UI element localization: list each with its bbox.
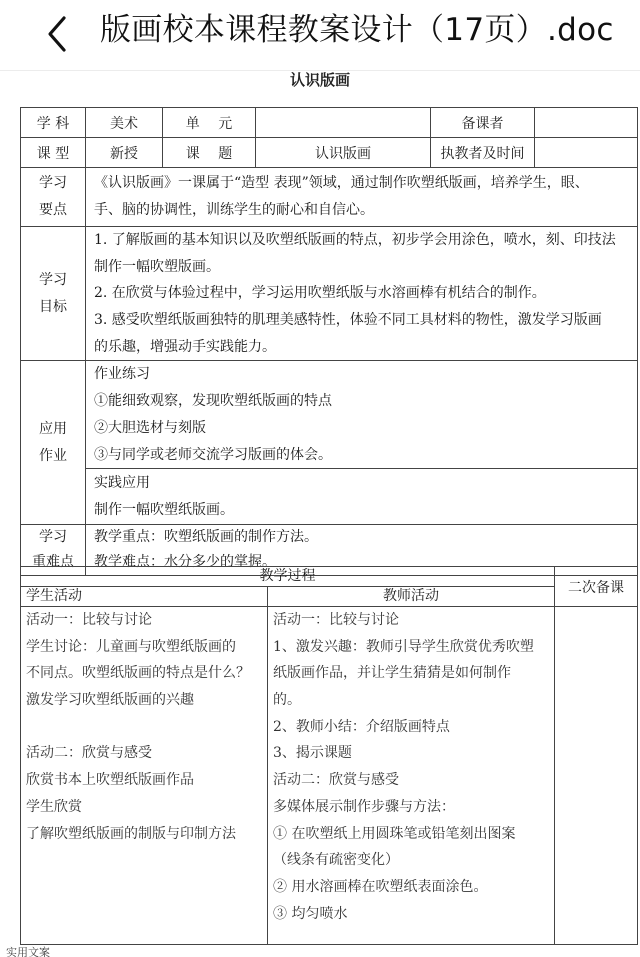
subject-label: 学 科 <box>21 108 86 138</box>
teacher-activities: 活动一：比较与讨论 1、激发兴趣：教师引导学生欣赏优秀吹塑 纸版画作品，并让学生… <box>268 607 555 945</box>
objectives-label: 学习 目标 <box>21 227 86 361</box>
text-line: 制作一幅吹塑版画。 <box>94 254 637 281</box>
info-row-objectives: 学习 目标 1. 了解版画的基本知识以及吹塑纸版画的特点，初步学会用涂色，喷水，… <box>21 227 638 361</box>
homework-label: 应用 作业 <box>21 361 86 525</box>
unit-value <box>256 108 431 138</box>
preparer-label: 备课者 <box>431 108 535 138</box>
label-line: 目标 <box>21 294 85 321</box>
text-line: 纸版画作品，并让学生猜猜是如何制作 <box>273 660 554 687</box>
text-line: ③与同学或老师交流学习版画的体会。 <box>94 442 637 469</box>
info-row-homework-practice: 实践应用 制作一幅吹塑纸版画。 <box>21 469 638 525</box>
text-line: ②大胆选材与刻版 <box>94 415 637 442</box>
text-line: 《认识版画》一课属于“造型 表现”领域，通过制作吹塑纸版画，培养学生，眼、 <box>94 170 637 197</box>
label-line: 学习 <box>21 267 85 294</box>
topic-value: 认识版画 <box>256 138 431 168</box>
label-line: 作业 <box>21 443 85 470</box>
student-activities: 活动一：比较与讨论 学生讨论：儿童画与吹塑纸版画的 不同点。吹塑纸版画的特点是什… <box>21 607 268 945</box>
revision-header: 二次备课 <box>555 567 638 607</box>
topic-label: 课 题 <box>163 138 256 168</box>
key-points-label: 学习 要点 <box>21 168 86 227</box>
text-line: 学生欣赏 <box>26 794 267 821</box>
process-title: 教学过程 <box>21 567 555 587</box>
homework-practice-content: 实践应用 制作一幅吹塑纸版画。 <box>86 469 638 525</box>
process-title-row: 教学过程 二次备课 <box>21 567 638 587</box>
label-line: 学习 <box>21 170 85 197</box>
unit-label: 单 元 <box>163 108 256 138</box>
text-line: 教学重点：吹塑纸版画的制作方法。 <box>94 525 637 550</box>
label-line: 学习 <box>21 525 85 550</box>
info-row-homework-exercise: 应用 作业 作业练习 ①能细致观察，发现吹塑纸版画的特点 ②大胆选材与刻版 ③与… <box>21 361 638 469</box>
text-line: 1. 了解版画的基本知识以及吹塑纸版画的特点，初步学会用涂色，喷水，刻、印技法 <box>94 227 637 254</box>
text-line: 手、脑的协调性，训练学生的耐心和自信心。 <box>94 197 637 224</box>
process-header-row: 学生活动 教师活动 <box>21 587 638 607</box>
teacher-time-value <box>535 138 638 168</box>
text-line: 的。 <box>273 687 554 714</box>
text-line: 实践应用 <box>94 470 637 497</box>
page-footer: 实用文案 <box>6 944 50 957</box>
text-line: 3. 感受吹塑纸版画独特的肌理美感特性，体验不同工具材料的物性，激发学习版画 <box>94 307 637 334</box>
text-line: 作业练习 <box>94 361 637 388</box>
text-line: 学生讨论：儿童画与吹塑纸版画的 <box>26 634 267 661</box>
info-row-type: 课 型 新授 课 题 认识版画 执教者及时间 <box>21 138 638 168</box>
text-line: 激发学习吹塑纸版画的兴趣 <box>26 687 267 714</box>
text-line: 活动二：欣赏与感受 <box>273 767 554 794</box>
top-app-bar: 版画校本课程教案设计（17页）.doc <box>0 0 640 71</box>
homework-exercise-content: 作业练习 ①能细致观察，发现吹塑纸版画的特点 ②大胆选材与刻版 ③与同学或老师交… <box>86 361 638 469</box>
info-row-subject: 学 科 美术 单 元 备课者 <box>21 108 638 138</box>
key-points-content: 《认识版画》一课属于“造型 表现”领域，通过制作吹塑纸版画，培养学生，眼、 手、… <box>86 168 638 227</box>
type-label: 课 型 <box>21 138 86 168</box>
objectives-content: 1. 了解版画的基本知识以及吹塑纸版画的特点，初步学会用涂色，喷水，刻、印技法 … <box>86 227 638 361</box>
text-line: 活动一：比较与讨论 <box>273 607 554 634</box>
text-line: （线条有疏密变化） <box>273 847 554 874</box>
label-line: 应用 <box>21 416 85 443</box>
teacher-time-label: 执教者及时间 <box>431 138 535 168</box>
text-line: 活动一：比较与讨论 <box>26 607 267 634</box>
text-line: ①能细致观察，发现吹塑纸版画的特点 <box>94 388 637 415</box>
text-line: ① 在吹塑纸上用圆珠笔或铅笔刻出图案 <box>273 821 554 848</box>
text-line: 制作一幅吹塑纸版画。 <box>94 497 637 524</box>
label-line: 要点 <box>21 197 85 224</box>
document-heading: 认识版画 <box>0 69 640 90</box>
preparer-value <box>535 108 638 138</box>
process-content-row: 活动一：比较与讨论 学生讨论：儿童画与吹塑纸版画的 不同点。吹塑纸版画的特点是什… <box>21 607 638 945</box>
text-line: 2. 在欣赏与体验过程中，学习运用吹塑纸版与水溶画棒有机结合的制作。 <box>94 280 637 307</box>
text-line: 1、激发兴趣：教师引导学生欣赏优秀吹塑 <box>273 634 554 661</box>
student-activity-header: 学生活动 <box>21 587 268 607</box>
teaching-process-table: 教学过程 二次备课 学生活动 教师活动 活动一：比较与讨论 学生讨论：儿童画与吹… <box>20 566 638 945</box>
text-line: 了解吹塑纸版画的制版与印制方法 <box>26 821 267 848</box>
text-line: ③ 均匀喷水 <box>273 901 554 928</box>
info-row-key-points: 学习 要点 《认识版画》一课属于“造型 表现”领域，通过制作吹塑纸版画，培养学生… <box>21 168 638 227</box>
type-value: 新授 <box>86 138 163 168</box>
text-line: 欣赏书本上吹塑纸版画作品 <box>26 767 267 794</box>
text-line <box>26 714 267 741</box>
revision-notes <box>555 607 638 945</box>
text-line: 不同点。吹塑纸版画的特点是什么？ <box>26 660 267 687</box>
text-line: 活动二：欣赏与感受 <box>26 740 267 767</box>
document-title: 版画校本课程教案设计（17页）.doc <box>100 8 614 52</box>
text-line: ② 用水溶画棒在吹塑纸表面涂色。 <box>273 874 554 901</box>
text-line: 的乐趣，增强动手实践能力。 <box>94 334 637 361</box>
lesson-info-table: 学 科 美术 单 元 备课者 课 型 新授 课 题 认识版画 执教者及时间 学习… <box>20 107 638 576</box>
text-line: 多媒体展示制作步骤与方法： <box>273 794 554 821</box>
back-chevron-icon[interactable] <box>40 14 74 54</box>
subject-value: 美术 <box>86 108 163 138</box>
text-line: 3、揭示课题 <box>273 740 554 767</box>
teacher-activity-header: 教师活动 <box>268 587 555 607</box>
text-line: 2、教师小结：介绍版画特点 <box>273 714 554 741</box>
